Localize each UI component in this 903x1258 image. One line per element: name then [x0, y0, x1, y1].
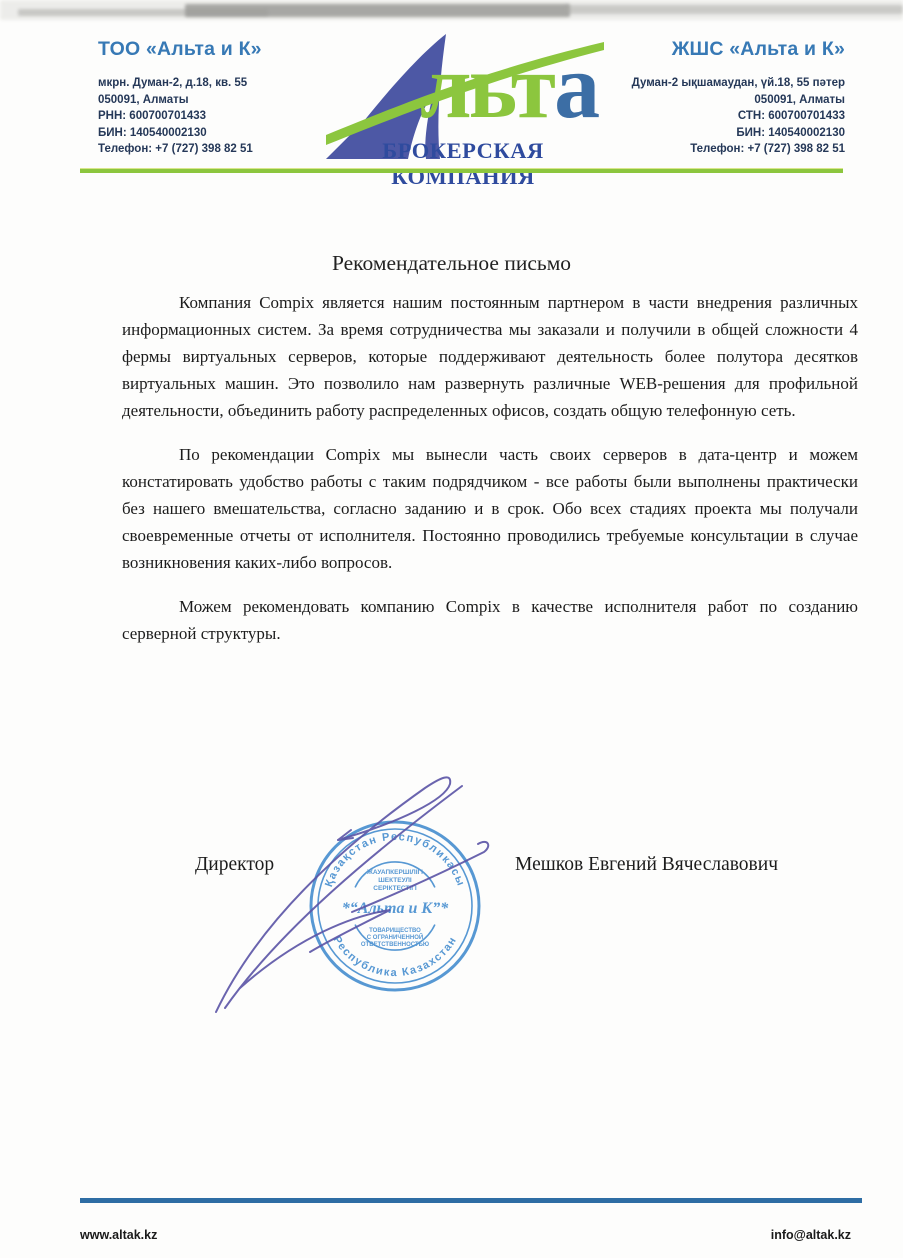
logo-word-blue: а	[554, 35, 597, 137]
footer-website: www.altak.kz	[80, 1228, 157, 1242]
footer-email: info@altak.kz	[771, 1228, 851, 1242]
footer-divider-line	[80, 1198, 862, 1203]
letter-page: ТОО «Альта и К» мкрн. Думан-2, д.18, кв.…	[0, 0, 903, 1258]
logo-word-green: льт	[420, 35, 554, 137]
handwritten-signature	[180, 755, 530, 1035]
scan-noise-smear	[18, 9, 268, 16]
logo-wordmark: льта	[420, 40, 597, 132]
signature-name: Мешков Евгений Вячеславович	[515, 854, 778, 876]
paragraph: Компания Compix является нашим постоянны…	[122, 289, 858, 424]
letter-body: Компания Compix является нашим постоянны…	[122, 289, 858, 664]
header-divider-line	[80, 169, 843, 173]
letter-title: Рекомендательное письмо	[0, 251, 903, 276]
paragraph: Можем рекомендовать компанию Compix в ка…	[122, 593, 858, 647]
logo-tagline: БРОКЕРСКАЯ КОМПАНИЯ	[312, 138, 614, 190]
paragraph: По рекомендации Compix мы вынесли часть …	[122, 441, 858, 576]
scan-noise-smear	[565, 5, 903, 14]
